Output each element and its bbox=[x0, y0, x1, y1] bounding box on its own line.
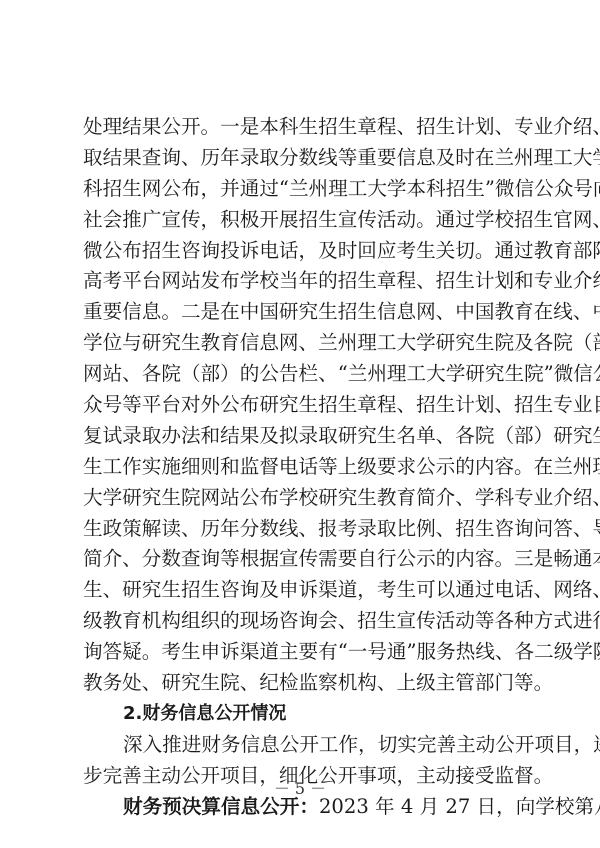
section-paragraph-line: 深入推进财务信息公开工作，切实完善主动公开项目，进一 bbox=[83, 730, 528, 761]
text-line: 询答疑。考生申诉渠道主要有“一号通”服务热线、各二级学院、 bbox=[83, 637, 528, 668]
text-line: 重要信息。二是在中国研究生招生信息网、中国教育在线、中国 bbox=[83, 297, 528, 328]
text-line: 取结果查询、历年录取分数线等重要信息及时在兰州理工大学本 bbox=[83, 143, 528, 174]
text-line: 科招生网公布，并通过“兰州理工大学本科招生”微信公众号向 bbox=[83, 174, 528, 205]
text-line: 生工作实施细则和监督电话等上级要求公示的内容。在兰州理工 bbox=[83, 452, 528, 483]
text-line: 级教育机构组织的现场咨询会、招生宣传活动等各种方式进行咨 bbox=[83, 606, 528, 637]
document-page: 处理结果公开。一是本科生招生章程、招生计划、专业介绍、录 取结果查询、历年录取分… bbox=[0, 0, 600, 848]
text-line: 高考平台网站发布学校当年的招生章程、招生计划和专业介绍等 bbox=[83, 266, 528, 297]
text-line: 简介、分数查询等根据宣传需要自行公示的内容。三是畅通本科 bbox=[83, 544, 528, 575]
page-number: － 5 － bbox=[0, 776, 600, 799]
text-line: 众号等平台对外公布研究生招生章程、招生计划、招生专业目录、 bbox=[83, 390, 528, 421]
text-line: 生、研究生招生咨询及申诉渠道，考生可以通过电话、网络、各 bbox=[83, 575, 528, 606]
section-heading: 2.财务信息公开情况 bbox=[83, 699, 528, 730]
text-line: 社会推广宣传，积极开展招生宣传活动。通过学校招生官网、官 bbox=[83, 205, 528, 236]
text-line: 处理结果公开。一是本科生招生章程、招生计划、专业介绍、录 bbox=[83, 112, 528, 143]
text-line: 学位与研究生教育信息网、兰州理工大学研究生院及各院（部） bbox=[83, 328, 528, 359]
text-line: 复试录取办法和结果及拟录取研究生名单、各院（部）研究生招 bbox=[83, 421, 528, 452]
text-line: 网站、各院（部）的公告栏、“兰州理工大学研究生院”微信公 bbox=[83, 359, 528, 390]
text-line: 大学研究生院网站公布学校研究生教育简介、学科专业介绍、招 bbox=[83, 483, 528, 514]
text-line: 教务处、研究生院、纪检监察机构、上级主管部门等。 bbox=[83, 668, 528, 699]
document-body: 处理结果公开。一是本科生招生章程、招生计划、专业介绍、录 取结果查询、历年录取分… bbox=[83, 112, 528, 822]
text-line: 生政策解读、历年分数线、报考录取比例、招生咨询问答、导师 bbox=[83, 514, 528, 545]
text-line: 微公布招生咨询投诉电话，及时回应考生关切。通过教育部阳光 bbox=[83, 236, 528, 267]
